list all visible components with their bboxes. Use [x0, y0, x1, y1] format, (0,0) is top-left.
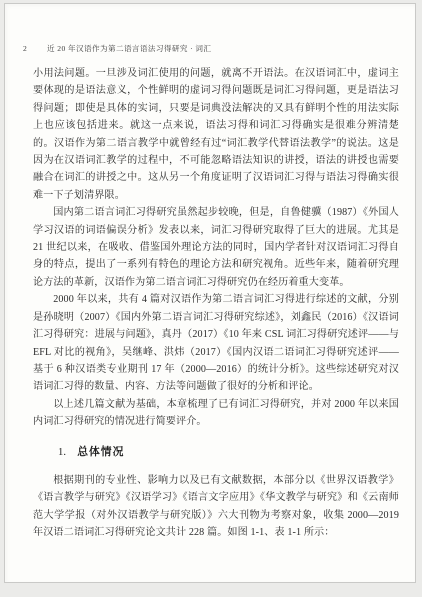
paragraph: 2000 年以来，共有 4 篇对汉语作为第二语言词汇习得进行综述的文献，分别是孙…: [33, 291, 399, 395]
running-head-title: 近 20 年汉语作为第二语言语法习得研究 · 词汇: [47, 43, 211, 54]
scanned-page-canvas: 2 近 20 年汉语作为第二语言语法习得研究 · 词汇 小用法问题。一旦涉及词汇…: [0, 0, 422, 597]
paragraph-continuation: 小用法问题。一旦涉及词汇使用的问题，就离不开语法。在汉语词汇中，虚词主要体现的是…: [33, 65, 399, 204]
paragraph: 根据期刊的专业性、影响力以及已有文献数据，本部分以《世界汉语教学》《语言教学与研…: [33, 472, 399, 542]
section-number: 1.: [58, 444, 66, 461]
scan-background-strip: [0, 584, 422, 597]
paragraph: 国内第二语言词汇习得研究虽然起步较晚，但是，自鲁健骥（1987）《外国人学习汉语…: [33, 204, 399, 291]
paragraph: 以上述几篇文献为基础，本章梳理了已有词汇习得研究，并对 2000 年以来国内词汇…: [33, 396, 399, 431]
running-head: 2 近 20 年汉语作为第二语言语法习得研究 · 词汇: [23, 43, 397, 54]
section-heading: 1. 总体情况: [33, 444, 399, 461]
section-title: 总体情况: [77, 444, 124, 461]
page-body: 小用法问题。一旦涉及词汇使用的问题，就离不开语法。在汉语词汇中，虚词主要体现的是…: [33, 65, 399, 542]
book-page: 2 近 20 年汉语作为第二语言语法习得研究 · 词汇 小用法问题。一旦涉及词汇…: [4, 3, 416, 583]
page-number: 2: [23, 44, 47, 53]
